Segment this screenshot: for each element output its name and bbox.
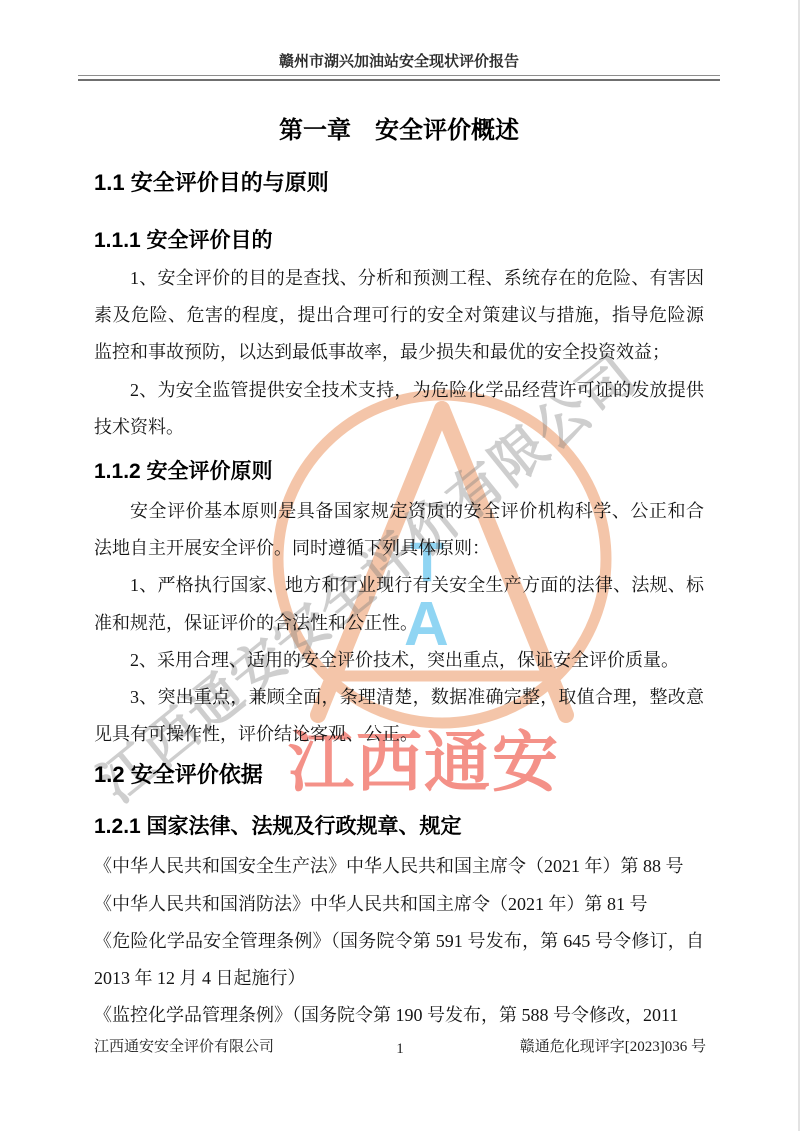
- header-divider: [78, 75, 720, 81]
- page-header-title: 赣州市湖兴加油站安全现状评价报告: [0, 0, 798, 73]
- law-reference: 《中华人民共和国消防法》中华人民共和国主席令（2021 年）第 81 号: [94, 886, 704, 923]
- law-reference: 《危险化学品安全管理条例》（国务院令第 591 号发布，第 645 号令修订，自…: [94, 923, 704, 997]
- paragraph: 3、突出重点，兼顾全面，条理清楚，数据准确完整，取值合理，整改意见具有可操作性，…: [94, 679, 704, 753]
- body-text: 1.1 安全评价目的与原则 1.1.1 安全评价目的 1、安全评价的目的是查找、…: [94, 169, 704, 1034]
- paragraph: 1、严格执行国家、地方和行业现行有关安全生产方面的法律、法规、标准和规范，保证评…: [94, 567, 704, 641]
- heading-1-2-1: 1.2.1 国家法律、法规及行政规章、规定: [94, 813, 704, 840]
- heading-1-2: 1.2 安全评价依据: [94, 761, 704, 789]
- paragraph: 安全评价基本原则是具备国家规定资质的安全评价机构科学、公正和合法地自主开展安全评…: [94, 493, 704, 567]
- heading-1-1-2: 1.1.2 安全评价原则: [94, 458, 704, 485]
- document-content: 赣州市湖兴加油站安全现状评价报告 第一章 安全评价概述 1.1 安全评价目的与原…: [0, 0, 798, 1034]
- law-reference: 《监控化学品管理条例》（国务院令第 190 号发布，第 588 号令修改，201…: [94, 997, 704, 1034]
- document-page: T A 江西通安安全评价有限公司 江西通安 赣州市湖兴加油站安全现状评价报告 第…: [0, 0, 800, 1131]
- paragraph: 2、为安全监管提供安全技术支持，为危险化学品经营许可证的发放提供技术资料。: [94, 372, 704, 446]
- paragraph: 1、安全评价的目的是查找、分析和预测工程、系统存在的危险、有害因素及危险、危害的…: [94, 260, 704, 372]
- heading-1-1: 1.1 安全评价目的与原则: [94, 169, 704, 197]
- heading-1-1-1: 1.1.1 安全评价目的: [94, 227, 704, 254]
- law-reference: 《中华人民共和国安全生产法》中华人民共和国主席令（2021 年）第 88 号: [94, 848, 704, 885]
- paragraph: 2、采用合理、适用的安全评价技术，突出重点，保证安全评价质量。: [94, 642, 704, 679]
- footer-document-number: 赣通危化现评字[2023]036 号: [520, 1037, 706, 1057]
- chapter-title: 第一章 安全评价概述: [94, 115, 704, 147]
